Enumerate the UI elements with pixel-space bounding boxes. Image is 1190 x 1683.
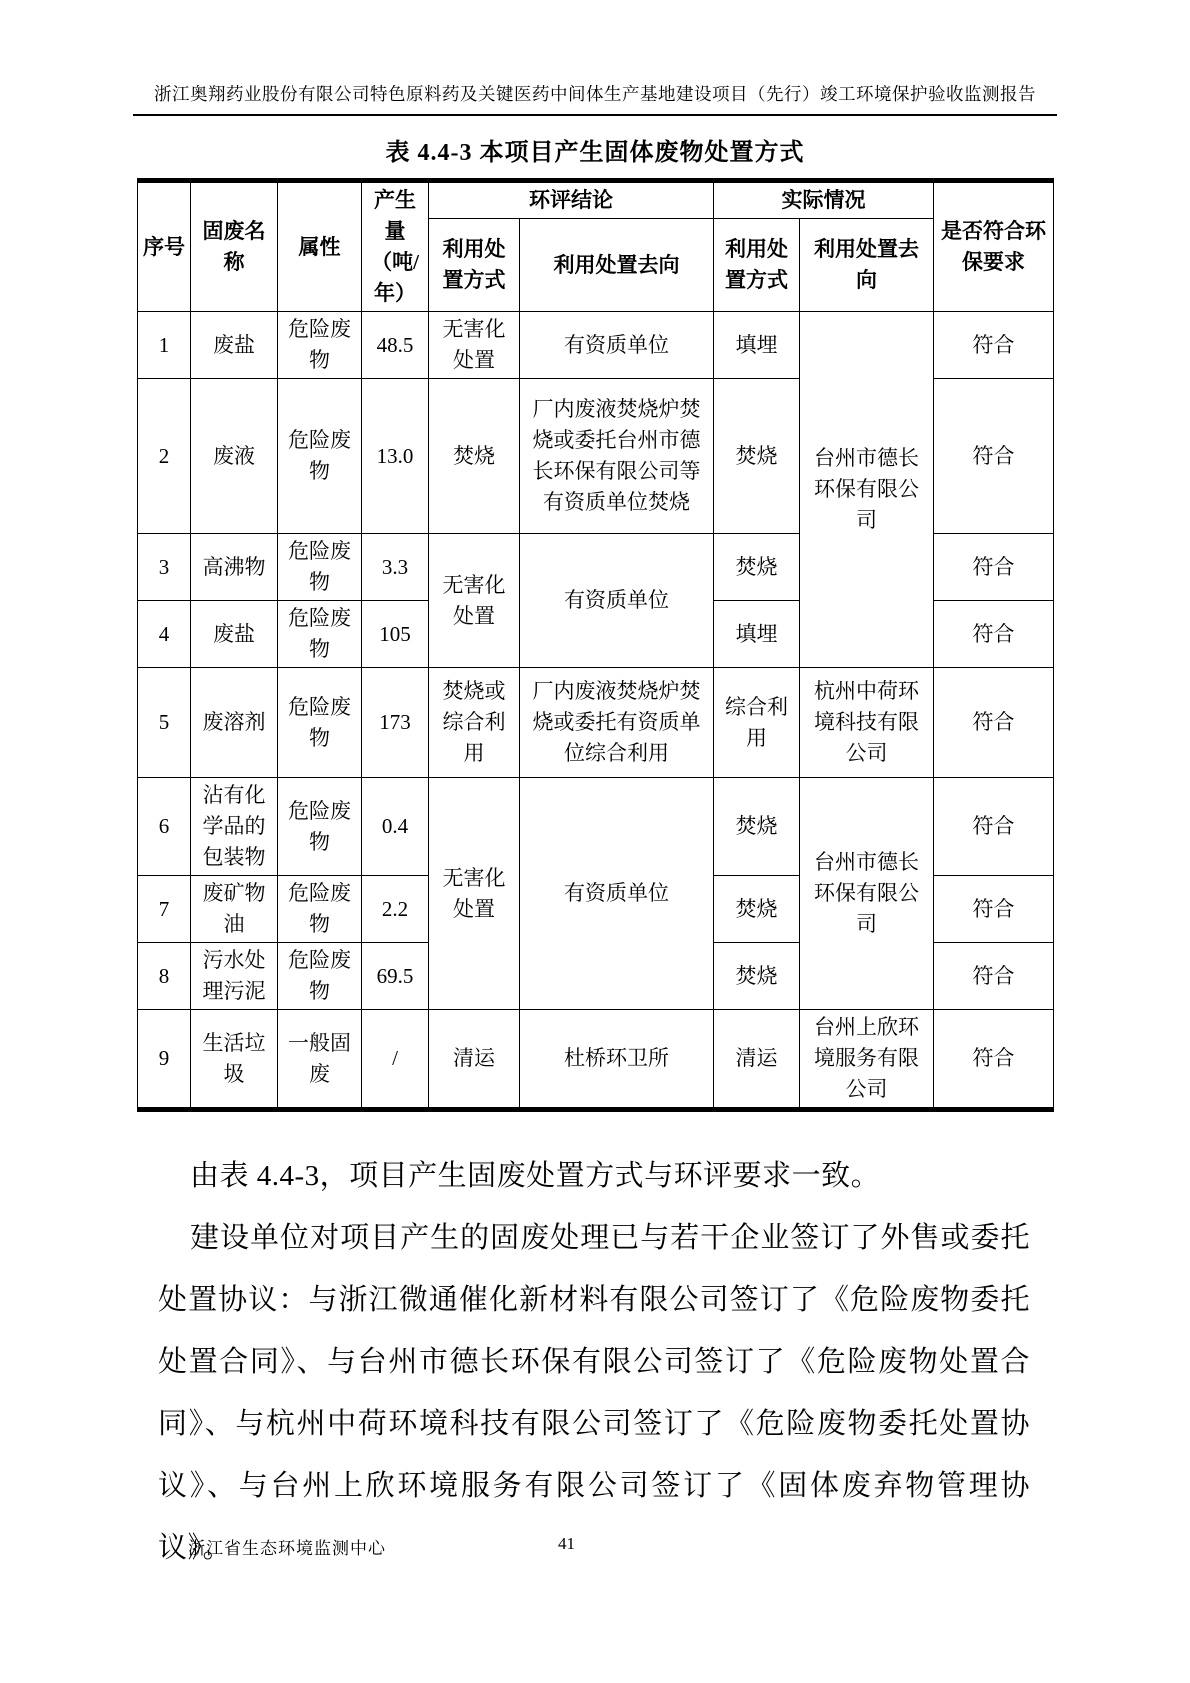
header-cell-eia-method: 利用处置方式 (429, 219, 520, 312)
header-cell-actual-dest: 利用处置去向 (800, 219, 934, 312)
cell-eia-method: 无害化处置 (429, 778, 520, 1010)
cell-eia-dest: 杜桥环卫所 (520, 1010, 714, 1110)
cell-name: 高沸物 (191, 534, 278, 601)
cell-name: 生活垃圾 (191, 1010, 278, 1110)
cell-name: 废溶剂 (191, 668, 278, 778)
cell-name: 废盐 (191, 601, 278, 668)
header-cell-eia-dest: 利用处置去向 (520, 219, 714, 312)
cell-name: 废矿物油 (191, 876, 278, 943)
cell-actual-dest: 杭州中荷环境科技有限公司 (800, 668, 934, 778)
paragraph-conclusion: 由表 4.4-3，项目产生固废处置方式与环评要求一致。 (158, 1145, 1030, 1207)
cell-comply: 符合 (934, 876, 1054, 943)
header-cell-amount: 产生量（吨/年） (362, 181, 429, 312)
cell-comply: 符合 (934, 943, 1054, 1010)
cell-actual-dest: 台州市德长环保有限公司 (800, 312, 934, 668)
cell-amount: 48.5 (362, 312, 429, 379)
cell-eia-method: 无害化处置 (429, 534, 520, 668)
header-cell-attr: 属性 (278, 181, 362, 312)
cell-seq: 9 (138, 1010, 191, 1110)
cell-eia-method: 焚烧或综合利用 (429, 668, 520, 778)
header-rule (133, 114, 1057, 116)
cell-attr: 危险废物 (278, 601, 362, 668)
cell-comply: 符合 (934, 379, 1054, 534)
cell-comply: 符合 (934, 778, 1054, 876)
cell-seq: 1 (138, 312, 191, 379)
cell-amount: 105 (362, 601, 429, 668)
table-head: 序号 固废名称 属性 产生量（吨/年） 环评结论 实际情况 是否符合环保要求 利… (138, 181, 1054, 312)
cell-comply: 符合 (934, 1010, 1054, 1110)
cell-seq: 8 (138, 943, 191, 1010)
cell-eia-method: 清运 (429, 1010, 520, 1110)
cell-attr: 危险废物 (278, 943, 362, 1010)
cell-amount: 3.3 (362, 534, 429, 601)
page-number: 41 (558, 1534, 575, 1554)
header-group-eia: 环评结论 (429, 181, 714, 219)
cell-actual-method: 填埋 (714, 312, 800, 379)
header-cell-seq: 序号 (138, 181, 191, 312)
cell-eia-dest: 厂内废液焚烧炉焚烧或委托台州市德长环保有限公司等有资质单位焚烧 (520, 379, 714, 534)
cell-seq: 4 (138, 601, 191, 668)
cell-attr: 危险废物 (278, 876, 362, 943)
cell-amount: 173 (362, 668, 429, 778)
cell-attr: 危险废物 (278, 668, 362, 778)
cell-actual-method: 焚烧 (714, 876, 800, 943)
document-page: 浙江奥翔药业股份有限公司特色原料药及关键医药中间体生产基地建设项目（先行）竣工环… (0, 0, 1190, 1683)
header-cell-actual-method: 利用处置方式 (714, 219, 800, 312)
cell-amount: 13.0 (362, 379, 429, 534)
table-header-row-1: 序号 固废名称 属性 产生量（吨/年） 环评结论 实际情况 是否符合环保要求 (138, 181, 1054, 219)
cell-eia-dest: 有资质单位 (520, 534, 714, 668)
cell-comply: 符合 (934, 534, 1054, 601)
header-cell-name: 固废名称 (191, 181, 278, 312)
cell-name: 沾有化学品的包装物 (191, 778, 278, 876)
cell-actual-dest: 台州市德长环保有限公司 (800, 778, 934, 1010)
cell-name: 废盐 (191, 312, 278, 379)
cell-actual-method: 焚烧 (714, 534, 800, 601)
header-group-actual: 实际情况 (714, 181, 934, 219)
cell-seq: 5 (138, 668, 191, 778)
table-row: 9 生活垃圾 一般固废 / 清运 杜桥环卫所 清运 台州上欣环境服务有限公司 符… (138, 1010, 1054, 1110)
cell-attr: 危险废物 (278, 778, 362, 876)
cell-attr: 危险废物 (278, 379, 362, 534)
table-title: 表 4.4-3 本项目产生固体废物处置方式 (133, 132, 1057, 167)
table-row: 6 沾有化学品的包装物 危险废物 0.4 无害化处置 有资质单位 焚烧 台州市德… (138, 778, 1054, 876)
table-body: 1 废盐 危险废物 48.5 无害化处置 有资质单位 填埋 台州市德长环保有限公… (138, 312, 1054, 1110)
running-head: 浙江奥翔药业股份有限公司特色原料药及关键医药中间体生产基地建设项目（先行）竣工环… (143, 82, 1048, 107)
table-row: 5 废溶剂 危险废物 173 焚烧或综合利用 厂内废液焚烧炉焚烧或委托有资质单位… (138, 668, 1054, 778)
cell-eia-method: 焚烧 (429, 379, 520, 534)
cell-attr: 一般固废 (278, 1010, 362, 1110)
cell-amount: / (362, 1010, 429, 1110)
cell-actual-method: 焚烧 (714, 778, 800, 876)
solid-waste-disposal-table: 序号 固废名称 属性 产生量（吨/年） 环评结论 实际情况 是否符合环保要求 利… (137, 178, 1054, 1112)
cell-comply: 符合 (934, 601, 1054, 668)
cell-seq: 7 (138, 876, 191, 943)
cell-actual-method: 清运 (714, 1010, 800, 1110)
body-text-section: 由表 4.4-3，项目产生固废处置方式与环评要求一致。 建设单位对项目产生的固废… (158, 1145, 1030, 1579)
cell-eia-dest: 有资质单位 (520, 778, 714, 1010)
cell-comply: 符合 (934, 668, 1054, 778)
cell-actual-dest: 台州上欣环境服务有限公司 (800, 1010, 934, 1110)
cell-eia-dest: 厂内废液焚烧炉焚烧或委托有资质单位综合利用 (520, 668, 714, 778)
cell-amount: 2.2 (362, 876, 429, 943)
cell-comply: 符合 (934, 312, 1054, 379)
cell-attr: 危险废物 (278, 312, 362, 379)
cell-amount: 0.4 (362, 778, 429, 876)
cell-eia-method: 无害化处置 (429, 312, 520, 379)
paragraph-agreements: 建设单位对项目产生的固废处理已与若干企业签订了外售或委托处置协议：与浙江微通催化… (158, 1207, 1030, 1579)
table-row: 1 废盐 危险废物 48.5 无害化处置 有资质单位 填埋 台州市德长环保有限公… (138, 312, 1054, 379)
cell-actual-method: 填埋 (714, 601, 800, 668)
cell-amount: 69.5 (362, 943, 429, 1010)
cell-actual-method: 综合利用 (714, 668, 800, 778)
cell-seq: 6 (138, 778, 191, 876)
header-cell-comply: 是否符合环保要求 (934, 181, 1054, 312)
cell-name: 污水处理污泥 (191, 943, 278, 1010)
cell-actual-method: 焚烧 (714, 379, 800, 534)
cell-eia-dest: 有资质单位 (520, 312, 714, 379)
cell-actual-method: 焚烧 (714, 943, 800, 1010)
cell-seq: 3 (138, 534, 191, 601)
cell-attr: 危险废物 (278, 534, 362, 601)
cell-seq: 2 (138, 379, 191, 534)
cell-name: 废液 (191, 379, 278, 534)
footer-organization: 浙江省生态环境监测中心 (188, 1534, 386, 1559)
